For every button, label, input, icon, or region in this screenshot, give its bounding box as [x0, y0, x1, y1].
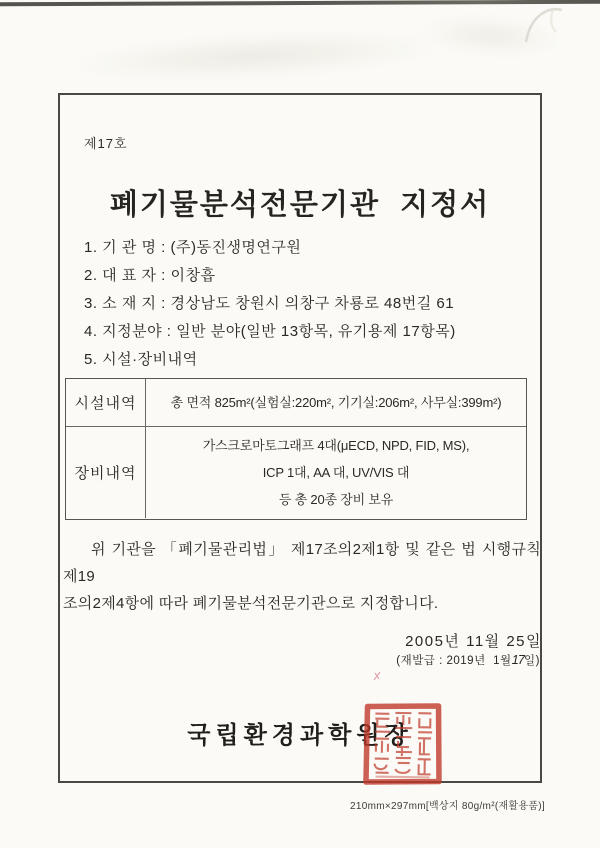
table-row-facility: 시설내역 총 면적 825m²(실험실:220m², 기기실:206m², 사무…	[66, 379, 526, 427]
field-institution-name: 1. 기 관 명 : (주)동진생명연구원	[84, 236, 301, 258]
facility-detail: 총 면적 825m²(실험실:220m², 기기실:206m², 사무실:399…	[171, 389, 502, 416]
scanned-certificate-page: 제17호 폐기물분석전문기관 지정서 1. 기 관 명 : (주)동진생명연구원…	[0, 0, 600, 848]
reissue-date-suffix: 일)	[524, 655, 540, 667]
field-designated-area: 4. 지정분야 : 일반 분야(일반 13항목, 유기용제 17항목)	[84, 320, 456, 342]
reissue-day-handwritten: 17	[512, 652, 524, 667]
statement-line: 위 기관을 「폐기물관리법」 제17조의2제1항 및 같은 법 시행규칙 제19	[63, 536, 541, 590]
official-seal-stamp	[361, 700, 444, 787]
reissue-date-prefix: (재발급 : 2019년 1월	[396, 655, 511, 667]
table-row-equipment: 장비내역 가스크로마토그래프 4대(μECD, NPD, FID, MS), I…	[66, 427, 526, 518]
facility-equipment-table: 시설내역 총 면적 825m²(실험실:220m², 기기실:206m², 사무…	[65, 378, 527, 520]
equipment-row-value: 가스크로마토그래프 4대(μECD, NPD, FID, MS), ICP 1대…	[146, 427, 526, 518]
scan-smudge	[69, 24, 441, 87]
paper-spec-note: 210mm×297mm[백상지 80g/m²(재활용품)]	[350, 797, 545, 812]
certificate-title: 폐기물분석전문기관 지정서	[58, 182, 542, 223]
equipment-row-label: 장비내역	[66, 427, 146, 518]
reissue-date: (재발급 : 2019년 1월17일)	[396, 652, 540, 668]
red-ink-artifact	[372, 670, 382, 682]
issue-date: 2005년 11월 25일	[405, 630, 542, 651]
equipment-detail-line: 가스크로마토그래프 4대(μECD, NPD, FID, MS),	[203, 432, 470, 459]
designation-statement: 위 기관을 「폐기물관리법」 제17조의2제1항 및 같은 법 시행규칙 제19…	[63, 536, 541, 617]
statement-line: 조의2제4항에 따라 폐기물분석전문기관으로 지정합니다.	[63, 590, 541, 617]
facility-row-value: 총 면적 825m²(실험실:220m², 기기실:206m², 사무실:399…	[146, 379, 526, 426]
field-representative: 2. 대 표 자 : 이창흡	[84, 264, 215, 286]
field-address: 3. 소 재 지 : 경상남도 창원시 의창구 차룡로 48번길 61	[84, 292, 454, 314]
field-facilities-heading: 5. 시설·장비내역	[84, 348, 198, 370]
facility-row-label: 시설내역	[66, 379, 146, 426]
document-number: 제17호	[84, 133, 128, 152]
equipment-detail-line: ICP 1대, AA 대, UV/VIS 대	[263, 459, 409, 486]
scan-pen-mark	[516, 2, 570, 50]
equipment-detail-line: 등 총 20종 장비 보유	[279, 486, 393, 513]
scan-edge-line	[0, 0, 600, 6]
issuer-name: 국립환경과학원장	[58, 715, 542, 750]
